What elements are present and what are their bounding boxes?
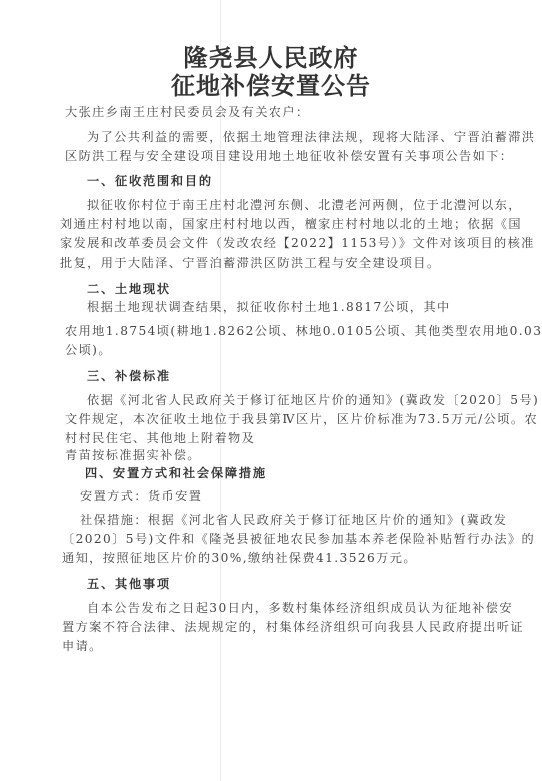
body-line: 依据《河北省人民政府关于修订征地区片价的通知》(冀政发〔2020〕5号): [87, 391, 539, 408]
body-line: 批复，用于大陆泽、宁晋泊蓄滞洪区防洪工程与安全建设项目。: [60, 254, 440, 271]
body-line: 村村民住宅、其他地上附着物及: [65, 429, 255, 446]
section-heading: 一、征收范围和目的: [87, 172, 213, 189]
section-heading: 四、安置方式和社会保障措施: [85, 464, 267, 481]
body-line: 安置方式：货币安置: [80, 487, 202, 504]
section-heading: 二、土地现状: [87, 280, 171, 297]
section-heading: 五、其他事项: [87, 575, 171, 592]
body-line: 家发展和改革委员会文件（发改农经【2022】1153号）》文件对该项目的核准: [60, 234, 535, 251]
body-line: 根据土地现状调查结果，拟征收你村土地1.8817公顷，其中: [87, 298, 451, 315]
body-line: 拟征收你村位于南王庄村北澧河东侧、北澧老河两侧，位于北澧河以东，: [87, 196, 522, 213]
body-line: 刘通庄村村地以南，国家庄村村地以西，檀家庄村村地以北的土地；依据《国: [60, 215, 522, 232]
body-line: 青苗按标准据实补偿。: [65, 446, 201, 463]
body-line: 社保措施：根据《河北省人民政府关于修订征地区片价的通知》(冀政发: [80, 511, 507, 528]
section-heading: 三、补偿标准: [87, 367, 171, 384]
document-page: 隆尧县人民政府 征地补偿安置公告 大张庄乡南王庄村民委员会及有关农户： 为了公共…: [0, 0, 542, 781]
document-title-line2: 征地补偿安置公告: [0, 66, 542, 101]
addressee: 大张庄乡南王庄村民委员会及有关农户：: [65, 103, 310, 120]
body-line: 公顷)。: [65, 341, 112, 358]
body-line: 农用地1.8754顷(耕地1.8262公顷、林地0.0105公顷、其他类型农用地…: [65, 322, 542, 339]
body-line: 通知，按照征地区片价的30%,缴纳社保费41.3526万元。: [62, 549, 417, 566]
body-line: 置方案不符合法律、法规规定的，村集体经济组织可向我县人民政府提出听证: [62, 618, 524, 635]
intro-line: 为了公共利益的需要，依据土地管理法律法规，现将大陆泽、宁晋泊蓄滞洪: [87, 128, 535, 145]
body-line: 自本公告发布之日起30日内，多数村集体经济组织成员认为征地补偿安: [87, 599, 513, 616]
body-line: 文件规定，本次征收土地位于我县第Ⅳ区片，区片价标准为73.5万元/公顷。农: [65, 410, 538, 427]
intro-line: 区防洪工程与安全建设项目建设用地土地征收补偿安置有关事项公告如下：: [65, 147, 513, 164]
body-line: 〔2020〕5号)文件和《隆尧县被征地农民参加基本养老保险补贴暂行办法》的: [62, 530, 535, 547]
body-line: 申请。: [62, 637, 103, 654]
